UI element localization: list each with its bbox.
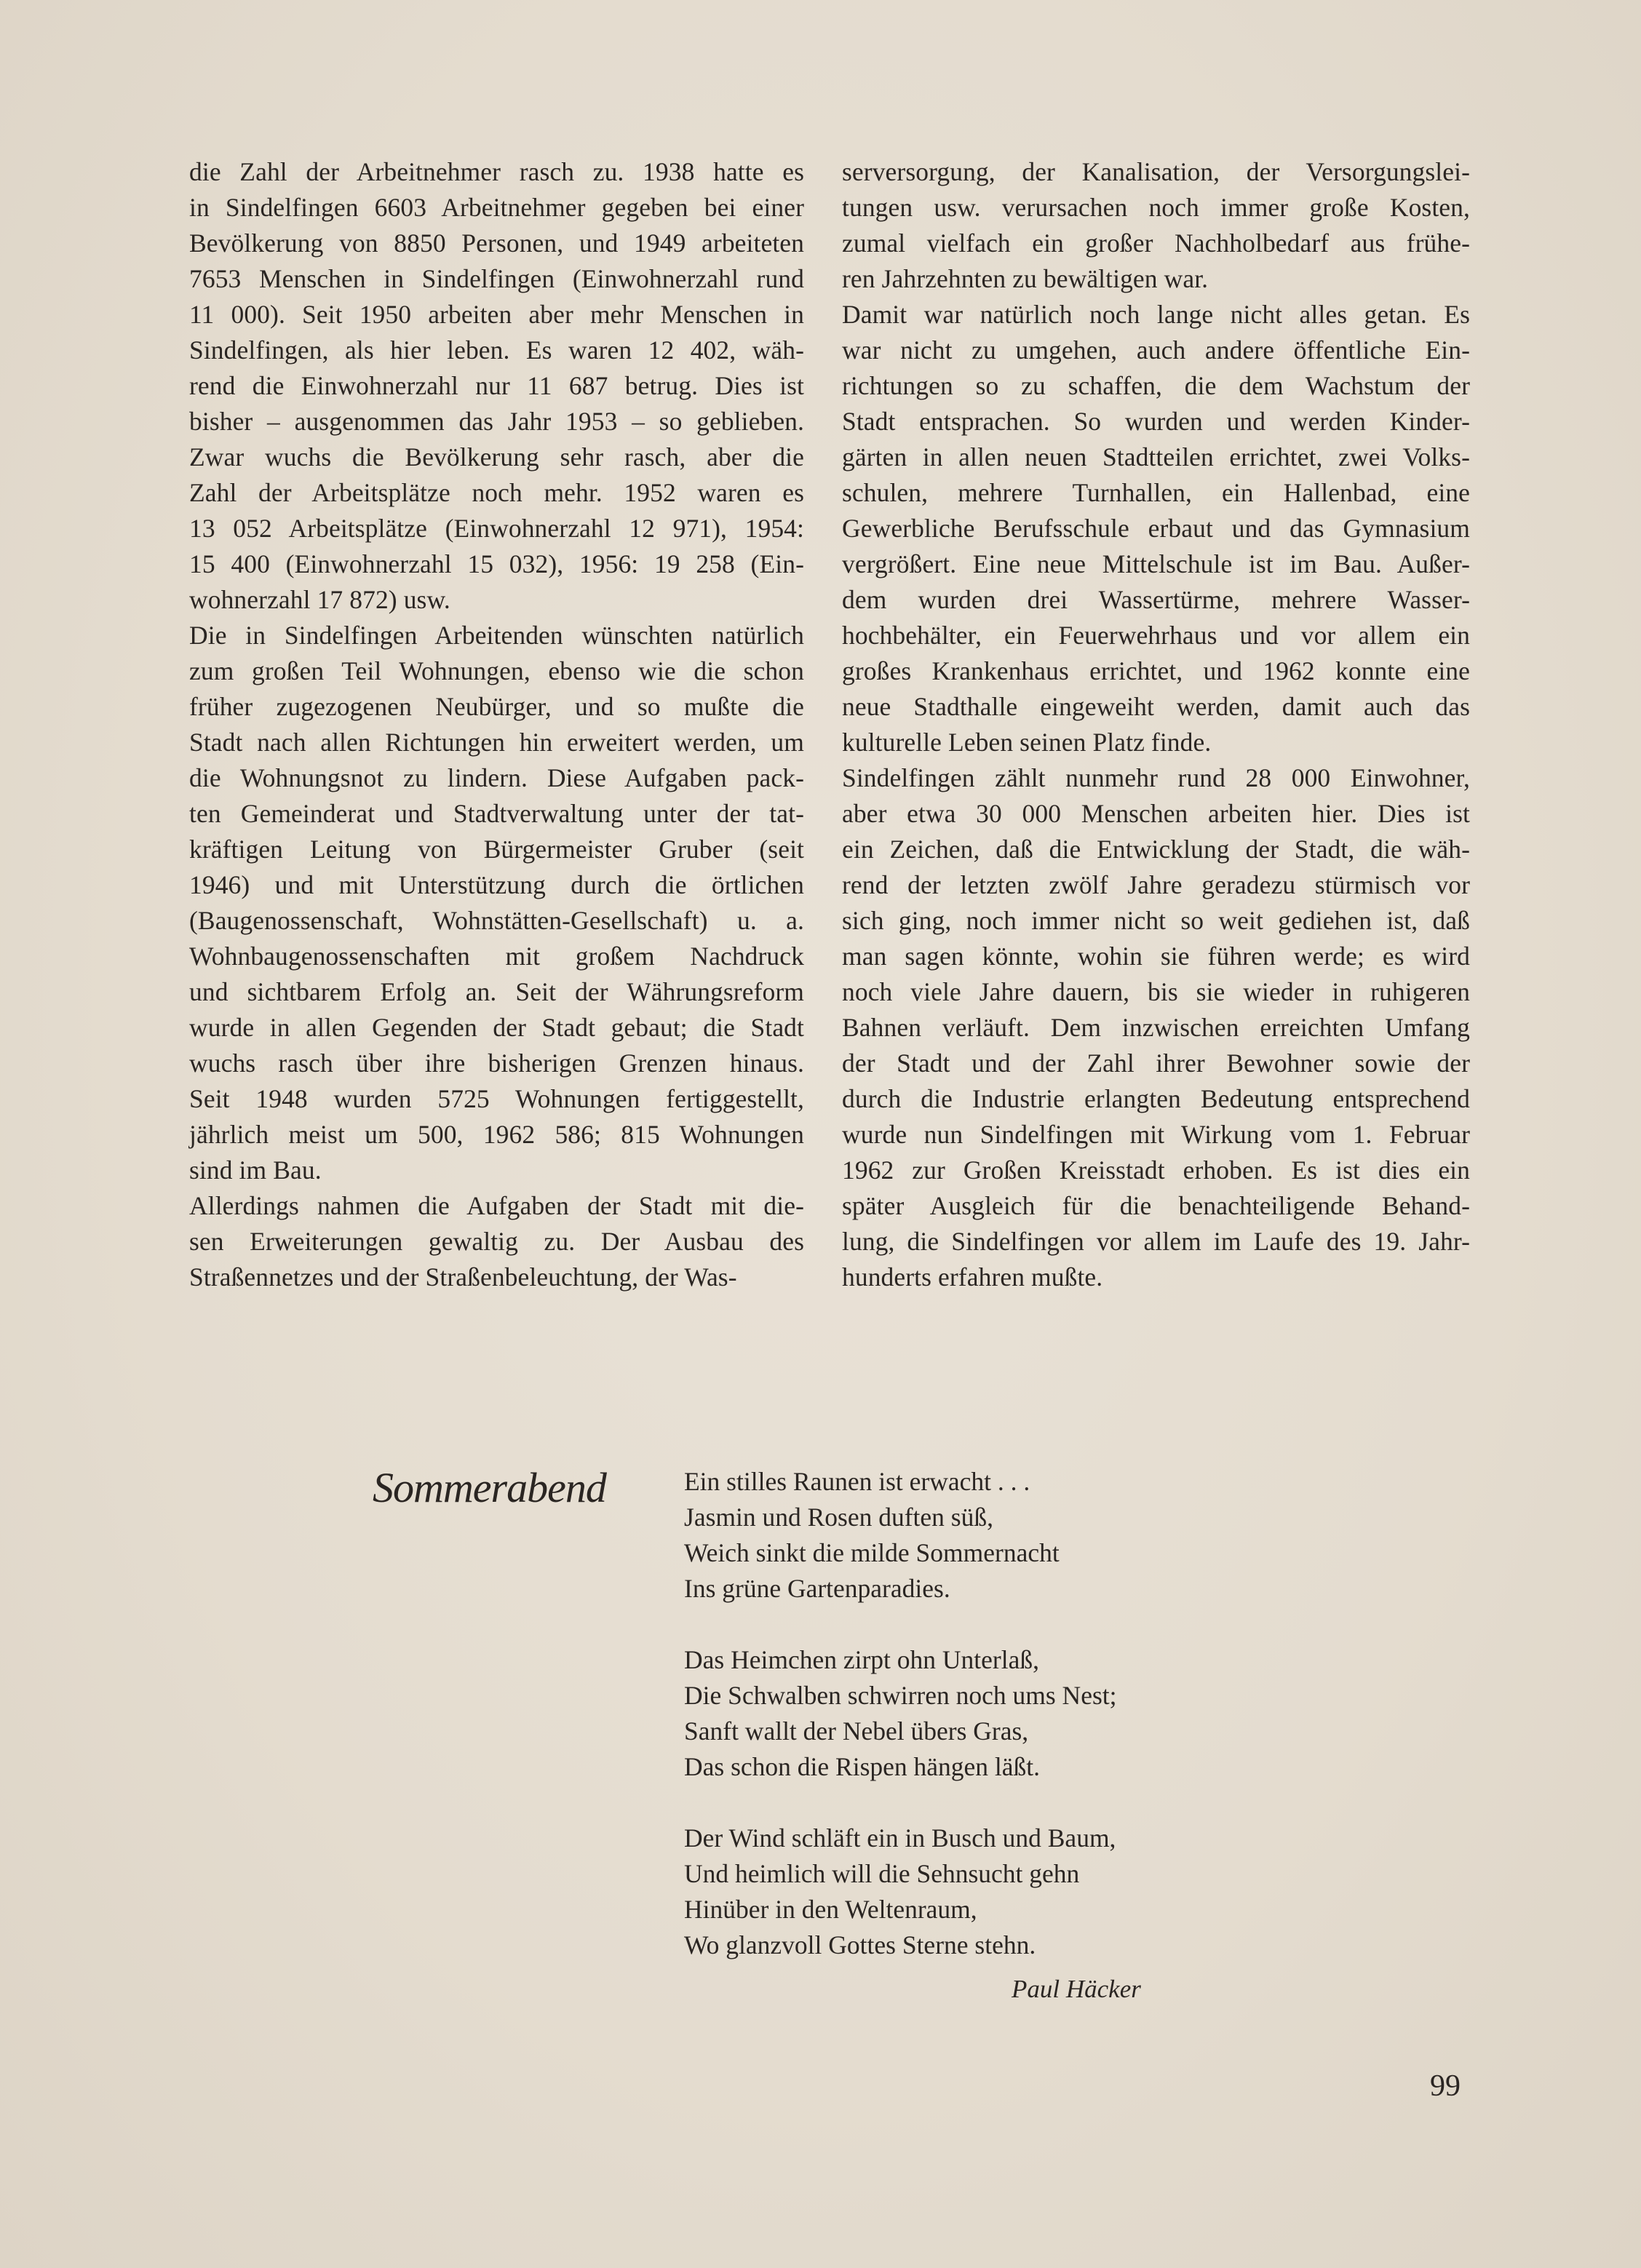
text-line: in Sindelfingen 6603 Arbeitnehmer gegebe… [189,190,804,226]
text-line: vergrößert. Eine neue Mittelschule ist i… [842,546,1470,582]
verse-line: Das schon die Rispen hängen läßt. [684,1749,1117,1785]
text-line: 15 400 (Einwohnerzahl 15 032), 1956: 19 … [189,546,804,582]
text-line: Straßennetzes und der Straßenbeleuchtung… [189,1260,804,1295]
text-line: noch viele Jahre dauern, bis sie wieder … [842,974,1470,1010]
text-line: lung, die Sindelfingen vor allem im Lauf… [842,1224,1470,1260]
verse-line: Weich sinkt die milde Sommernacht [684,1535,1117,1571]
article-right-column: serversorgung, der Kanalisation, der Ver… [842,154,1470,1295]
text-line: bisher – ausgenommen das Jahr 1953 – so … [189,404,804,439]
text-line: wohnerzahl 17 872) usw. [189,582,804,618]
text-line: 11 000). Seit 1950 arbeiten aber mehr Me… [189,297,804,333]
text-line: kulturelle Leben seinen Platz finde. [842,725,1470,760]
text-line: Die in Sindelfingen Arbeitenden wünschte… [189,618,804,653]
poem-stanza: Der Wind schläft ein in Busch und Baum,U… [684,1821,1117,1963]
text-line: Seit 1948 wurden 5725 Wohnungen fertigge… [189,1081,804,1117]
text-line: der Stadt und der Zahl ihrer Bewohner so… [842,1046,1470,1081]
text-line: kräftigen Leitung von Bürgermeister Grub… [189,832,804,867]
text-line: später Ausgleich für die benachteiligend… [842,1188,1470,1224]
text-line: Wohnbaugenossenschaften mit großem Nachd… [189,939,804,974]
text-line: 1962 zur Großen Kreisstadt erhoben. Es i… [842,1153,1470,1188]
poem-author: Paul Häcker [1012,1973,1141,2005]
text-line: sich ging, noch immer nicht so weit gedi… [842,903,1470,939]
text-line: wurde in allen Gegenden der Stadt gebaut… [189,1010,804,1046]
text-line: Bevölkerung von 8850 Personen, und 1949 … [189,226,804,261]
page-number: 99 [1430,2068,1461,2104]
text-line: Stadt entsprachen. So wurden und werden … [842,404,1470,439]
verse-line: Die Schwalben schwirren noch ums Nest; [684,1678,1117,1714]
text-line: 7653 Menschen in Sindelfingen (Einwohner… [189,261,804,297]
text-line: und sichtbarem Erfolg an. Seit der Währu… [189,974,804,1010]
poem-title: Sommerabend [373,1463,606,1513]
text-line: ein Zeichen, daß die Entwicklung der Sta… [842,832,1470,867]
text-line: gärten in allen neuen Stadtteilen errich… [842,439,1470,475]
text-line: neue Stadthalle eingeweiht werden, damit… [842,689,1470,725]
text-line: durch die Industrie erlangten Bedeutung … [842,1081,1470,1117]
text-line: schulen, mehrere Turnhallen, ein Hallenb… [842,475,1470,511]
text-line: die Wohnungsnot zu lindern. Diese Aufgab… [189,760,804,796]
verse-line: Ein stilles Raunen ist erwacht . . . [684,1464,1117,1500]
text-line: (Baugenossenschaft, Wohnstätten-Gesellsc… [189,903,804,939]
text-line: rend die Einwohnerzahl nur 11 687 betrug… [189,368,804,404]
text-line: zumal vielfach ein großer Nachholbedarf … [842,226,1470,261]
text-line: Zwar wuchs die Bevölkerung sehr rasch, a… [189,439,804,475]
text-line: zum großen Teil Wohnungen, ebenso wie di… [189,653,804,689]
text-line: Bahnen verläuft. Dem inzwischen erreicht… [842,1010,1470,1046]
text-line: 13 052 Arbeitsplätze (Einwohnerzahl 12 9… [189,511,804,546]
text-line: wuchs rasch über ihre bisherigen Grenzen… [189,1046,804,1081]
text-line: Sindelfingen, als hier leben. Es waren 1… [189,333,804,368]
verse-line: Ins grüne Gartenparadies. [684,1571,1117,1607]
text-line: richtungen so zu schaffen, die dem Wachs… [842,368,1470,404]
text-line: ren Jahrzehnten zu bewältigen war. [842,261,1470,297]
text-line: großes Krankenhaus errichtet, und 1962 k… [842,653,1470,689]
poem-stanza: Das Heimchen zirpt ohn Unterlaß,Die Schw… [684,1642,1117,1785]
text-line: Zahl der Arbeitsplätze noch mehr. 1952 w… [189,475,804,511]
text-line: sen Erweiterungen gewaltig zu. Der Ausba… [189,1224,804,1260]
text-line: serversorgung, der Kanalisation, der Ver… [842,154,1470,190]
text-line: rend der letzten zwölf Jahre geradezu st… [842,867,1470,903]
text-line: war nicht zu umgehen, auch andere öffent… [842,333,1470,368]
text-line: Damit war natürlich noch lange nicht all… [842,297,1470,333]
text-line: früher zugezogenen Neubürger, und so muß… [189,689,804,725]
verse-line: Wo glanzvoll Gottes Sterne stehn. [684,1927,1117,1963]
text-line: sind im Bau. [189,1153,804,1188]
verse-line: Das Heimchen zirpt ohn Unterlaß, [684,1642,1117,1678]
text-line: Gewerbliche Berufsschule erbaut und das … [842,511,1470,546]
text-line: hochbehälter, ein Feuerwehrhaus und vor … [842,618,1470,653]
text-line: man sagen könnte, wohin sie führen werde… [842,939,1470,974]
text-line: Stadt nach allen Richtungen hin erweiter… [189,725,804,760]
text-line: Sindelfingen zählt nunmehr rund 28 000 E… [842,760,1470,796]
text-line: ten Gemeinderat und Stadtverwaltung unte… [189,796,804,832]
verse-line: Sanft wallt der Nebel übers Gras, [684,1714,1117,1749]
poem-body: Ein stilles Raunen ist erwacht . . .Jasm… [684,1464,1117,1999]
text-line: 1946) und mit Unterstützung durch die ör… [189,867,804,903]
text-line: dem wurden drei Wassertürme, mehrere Was… [842,582,1470,618]
article-left-column: die Zahl der Arbeitnehmer rasch zu. 1938… [189,154,804,1295]
verse-line: Hinüber in den Weltenraum, [684,1892,1117,1927]
verse-line: Und heimlich will die Sehnsucht gehn [684,1856,1117,1892]
text-line: tungen usw. verursachen noch immer große… [842,190,1470,226]
verse-line: Jasmin und Rosen duften süß, [684,1500,1117,1535]
verse-line: Der Wind schläft ein in Busch und Baum, [684,1821,1117,1856]
text-line: wurde nun Sindelfingen mit Wirkung vom 1… [842,1117,1470,1153]
text-line: hunderts erfahren mußte. [842,1260,1470,1295]
text-line: Allerdings nahmen die Aufgaben der Stadt… [189,1188,804,1224]
text-line: jährlich meist um 500, 1962 586; 815 Woh… [189,1117,804,1153]
text-line: die Zahl der Arbeitnehmer rasch zu. 1938… [189,154,804,190]
poem-stanza: Ein stilles Raunen ist erwacht . . .Jasm… [684,1464,1117,1607]
text-line: aber etwa 30 000 Menschen arbeiten hier.… [842,796,1470,832]
